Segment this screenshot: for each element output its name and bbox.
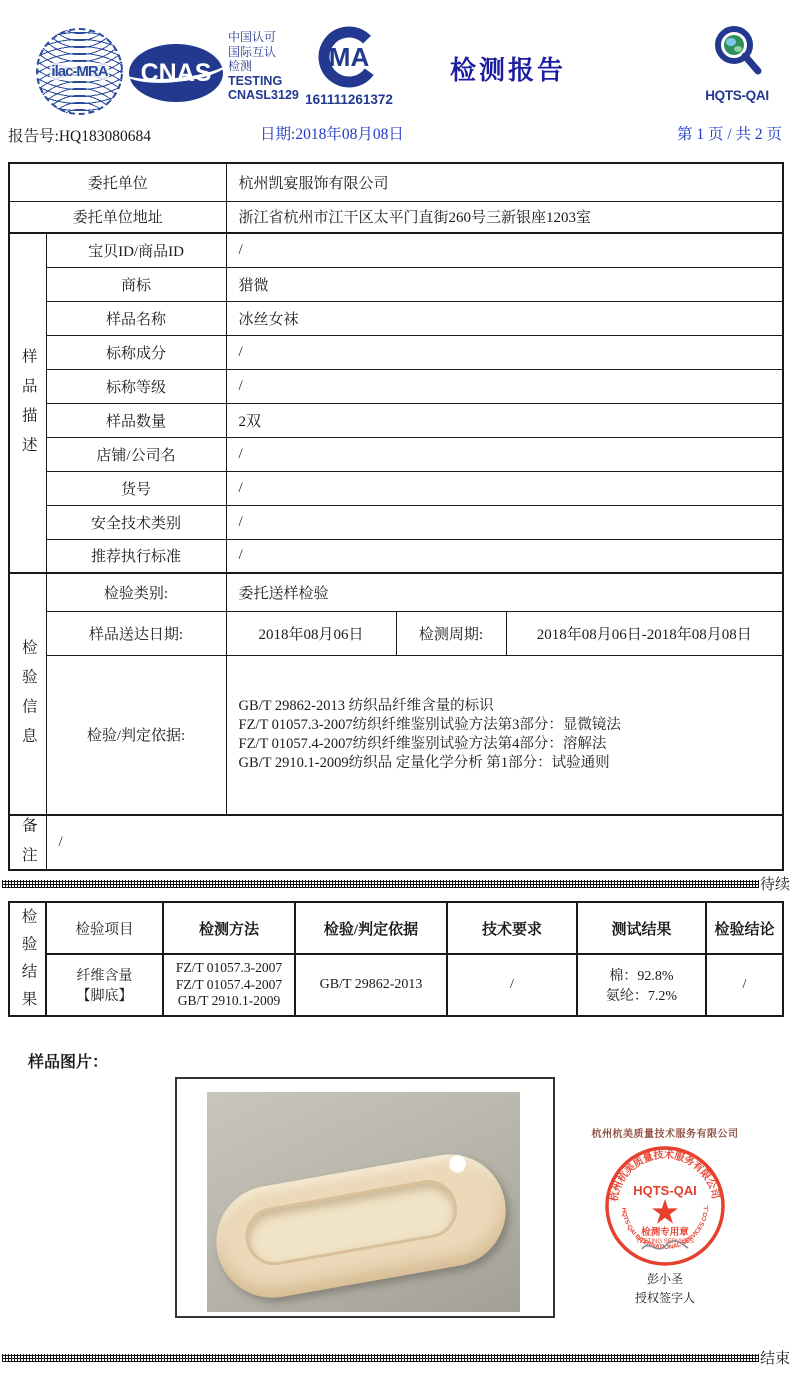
report-info-line: 报告号:HQ183080684 日期:2018年08月08日 第 1 页 / 共… [0,122,790,150]
lab-company-name: 杭州杭美质量技术服务有限公司 [578,1125,752,1140]
cnas-logo: CNAS [129,44,223,102]
cert-line: TESTING [228,74,299,89]
row-label-cell: 样品名称 [46,301,226,335]
star-icon [652,1199,678,1224]
svg-text:TESTING SERVICES: TESTING SERVICES [636,1239,694,1245]
row-value-cell: 冰丝女袜 [226,301,783,335]
basis-line: FZ/T 01057.3-2007纺织纤维鉴别试验方法第3部分：显微镜法 [239,716,777,735]
cma-number: 161111261372 [301,92,397,107]
basis-label-cell: 检验/判定依据: [46,655,226,815]
svg-text:HQTS-QAI: HQTS-QAI [633,1183,697,1198]
col-header-result: 测试结果 [577,902,706,954]
remark-value-cell: / [46,815,783,870]
stamp-signature-block: 杭州杭美质量技术服务有限公司 杭州杭美质量技术服务有限公司 HQTS-QAI I… [578,1125,752,1307]
result-line: 棉：92.8% [584,965,699,985]
row-label-cell: 宝贝ID/商品ID [46,233,226,267]
entrust-label-cell: 委托单位 [9,163,226,201]
sample-photo [207,1092,520,1312]
delivery-date-cell: 2018年08月06日 [226,611,396,655]
asterisk-band [2,880,759,888]
results-section-title-cell: 检验结果 [9,902,46,1016]
period-value-cell: 2018年08月06日-2018年08月08日 [506,611,783,655]
address-label-cell: 委托单位地址 [9,201,226,233]
item-line: 纤维含量 [53,965,156,985]
results-section-title: 检验结果 [17,908,39,1017]
authorized-signer: 彭小圣 授权签字人 [578,1270,752,1307]
cert-line: 检测 [228,59,299,74]
row-label-cell: 样品数量 [46,403,226,437]
signer-name: 彭小圣 [578,1270,752,1289]
cma-mark-icon: MA [305,26,393,90]
row-value-cell: / [226,539,783,573]
report-page: ilac-MRA CNAS 中国认可 国际互认 检测 TESTING CNASL… [0,0,790,1395]
signer-role: 授权签字人 [578,1289,752,1308]
result-line: 氨纶：7.2% [584,985,699,1005]
hqts-qai-label: HQTS-QAI [694,88,780,103]
sample-photo-label: 样品图片： [28,1049,108,1072]
col-header-method: 检测方法 [163,902,295,954]
row-label-cell: 推荐执行标准 [46,539,226,573]
col-header-conclusion: 检验结论 [706,902,783,954]
period-label-cell: 检测周期: [396,611,506,655]
cert-line: 国际互认 [228,45,299,60]
result-conclusion-cell: / [706,954,783,1016]
remark-title: 备注 [17,817,39,871]
result-item-cell: 纤维含量 【脚底】 [46,954,163,1016]
result-method-cell: FZ/T 01057.3-2007 FZ/T 01057.4-2007 GB/T… [163,954,295,1016]
row-value-cell: / [226,437,783,471]
row-value-cell: / [226,505,783,539]
page-title: 检测报告 [408,50,608,87]
method-line: GB/T 2910.1-2009 [170,993,288,1010]
row-label-cell: 商标 [46,267,226,301]
result-value-cell: 棉：92.8% 氨纶：7.2% [577,954,706,1016]
row-value-cell: 猎微 [226,267,783,301]
row-value-cell: 2双 [226,403,783,437]
delivery-label-cell: 样品送达日期: [46,611,226,655]
bottom-margin [0,1365,790,1395]
report-header: ilac-MRA CNAS 中国认可 国际互认 检测 TESTING CNASL… [0,0,790,122]
page-indicator: 第 1 页 / 共 2 页 [677,122,782,144]
ilac-mra-label: ilac-MRA [50,63,108,80]
test-results-table: 检验结果 检验项目 检测方法 检验/判定依据 技术要求 测试结果 检验结论 纤维… [8,901,784,1017]
ilac-mra-logo: ilac-MRA [36,28,123,115]
sock-sample-image [207,1145,514,1306]
testing-seal-stamp: 杭州杭美质量技术服务有限公司 HQTS-QAI INTERNATIONAL SE… [602,1143,728,1269]
basis-line: GB/T 29862-2013 纺织品纤维含量的标识 [239,697,777,716]
svg-text:检测专用章: 检测专用章 [641,1226,689,1238]
sample-section-title-cell: 样品描述 [9,233,46,573]
hqts-qai-logo: HQTS-QAI [694,22,780,103]
camera-glare [449,1154,466,1174]
sample-photo-frame [175,1077,555,1318]
row-value-cell: / [226,233,783,267]
svg-text:MA: MA [329,42,370,72]
continued-separator: 待续 [0,876,790,891]
info-section-title: 检验信息 [17,639,39,757]
remark-title-cell: 备注 [9,815,46,870]
sock-opening [241,1175,462,1269]
cert-line: 中国认可 [228,30,299,45]
row-label-cell: 安全技术类别 [46,505,226,539]
result-requirement-cell: / [447,954,577,1016]
sample-section-title: 样品描述 [17,348,39,466]
row-value-cell: / [226,471,783,505]
cnas-cert-text: 中国认可 国际互认 检测 TESTING CNASL3129 [228,30,299,103]
row-value-cell: / [226,335,783,369]
info-section-title-cell: 检验信息 [9,573,46,815]
col-header-item: 检验项目 [46,902,163,954]
end-label: 结束 [759,1347,790,1368]
basis-line: FZ/T 01057.4-2007纺织纤维鉴别试验方法第4部分：溶解法 [239,735,777,754]
cma-logo: MA 161111261372 [301,26,397,107]
basis-value-cell: GB/T 29862-2013 纺织品纤维含量的标识 FZ/T 01057.3-… [226,655,783,815]
row-label-cell: 标称成分 [46,335,226,369]
report-date: 日期:2018年08月08日 [260,122,404,144]
entrust-value-cell: 杭州凯宴服饰有限公司 [226,163,783,201]
report-number: 报告号:HQ183080684 [8,124,151,146]
result-basis-cell: GB/T 29862-2013 [295,954,447,1016]
address-value-cell: 浙江省杭州市江干区太平门直街260号三新银座1203室 [226,201,783,233]
col-header-basis: 检验/判定依据 [295,902,447,954]
row-label-cell: 标称等级 [46,369,226,403]
basis-line: GB/T 2910.1-2009纺织品 定量化学分析 第1部分：试验通则 [239,754,777,773]
col-header-requirement: 技术要求 [447,902,577,954]
item-line: 【脚底】 [53,985,156,1005]
continued-label: 待续 [759,873,790,894]
method-line: FZ/T 01057.3-2007 [170,960,288,977]
report-info-table: 委托单位 杭州凯宴服饰有限公司 委托单位地址 浙江省杭州市江干区太平门直街260… [8,162,784,871]
sample-section: 样品图片： 杭州杭美质量技术服务有限公司 杭州杭美质量技术服务有限公司 [0,1045,790,1345]
method-line: FZ/T 01057.4-2007 [170,977,288,994]
magnifier-globe-icon [708,22,766,82]
category-label-cell: 检验类别: [46,573,226,611]
cert-line: CNASL3129 [228,88,299,103]
row-value-cell: / [226,369,783,403]
asterisk-band [2,1354,759,1362]
end-separator: 结束 [0,1350,790,1365]
category-value-cell: 委托送样检验 [226,573,783,611]
row-label-cell: 店铺/公司名 [46,437,226,471]
row-label-cell: 货号 [46,471,226,505]
